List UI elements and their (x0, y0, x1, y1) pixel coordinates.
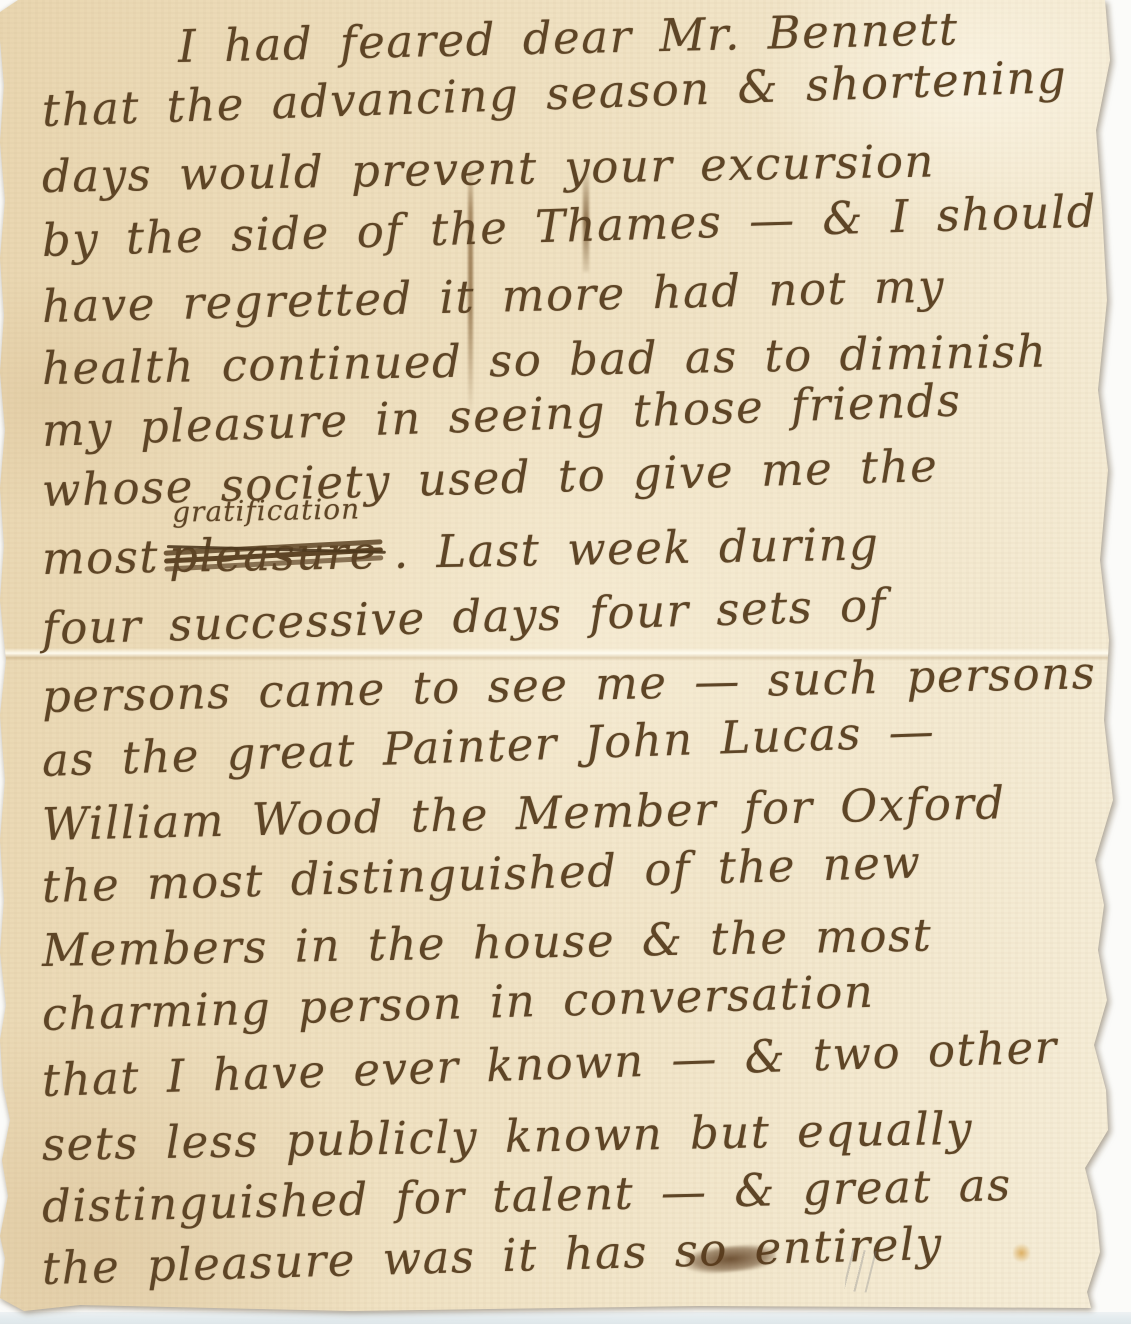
handwritten-line: have regretted it more had not my (41, 256, 1097, 333)
handwritten-line-with-correction: mostgratificationpleasure. Last week dur… (42, 514, 1098, 585)
handwritten-line: four successive days four sets of (41, 573, 1097, 655)
inserted-word: gratification (172, 492, 361, 528)
foxing-spot (1013, 1242, 1030, 1264)
scanned-letter-screenshot: I had feared dear Mr. Bennett that the a… (0, 0, 1131, 1324)
struck-out-word: pleasure (168, 526, 378, 583)
correction-prefix: most (42, 530, 160, 585)
correction: gratificationpleasure (168, 526, 378, 583)
pencil-marks (845, 1249, 878, 1293)
paper-shadow: I had feared dear Mr. Bennett that the a… (0, 0, 1131, 1324)
correction-suffix: . Last week during (393, 517, 879, 578)
letter-page: I had feared dear Mr. Bennett that the a… (0, 0, 1131, 1324)
